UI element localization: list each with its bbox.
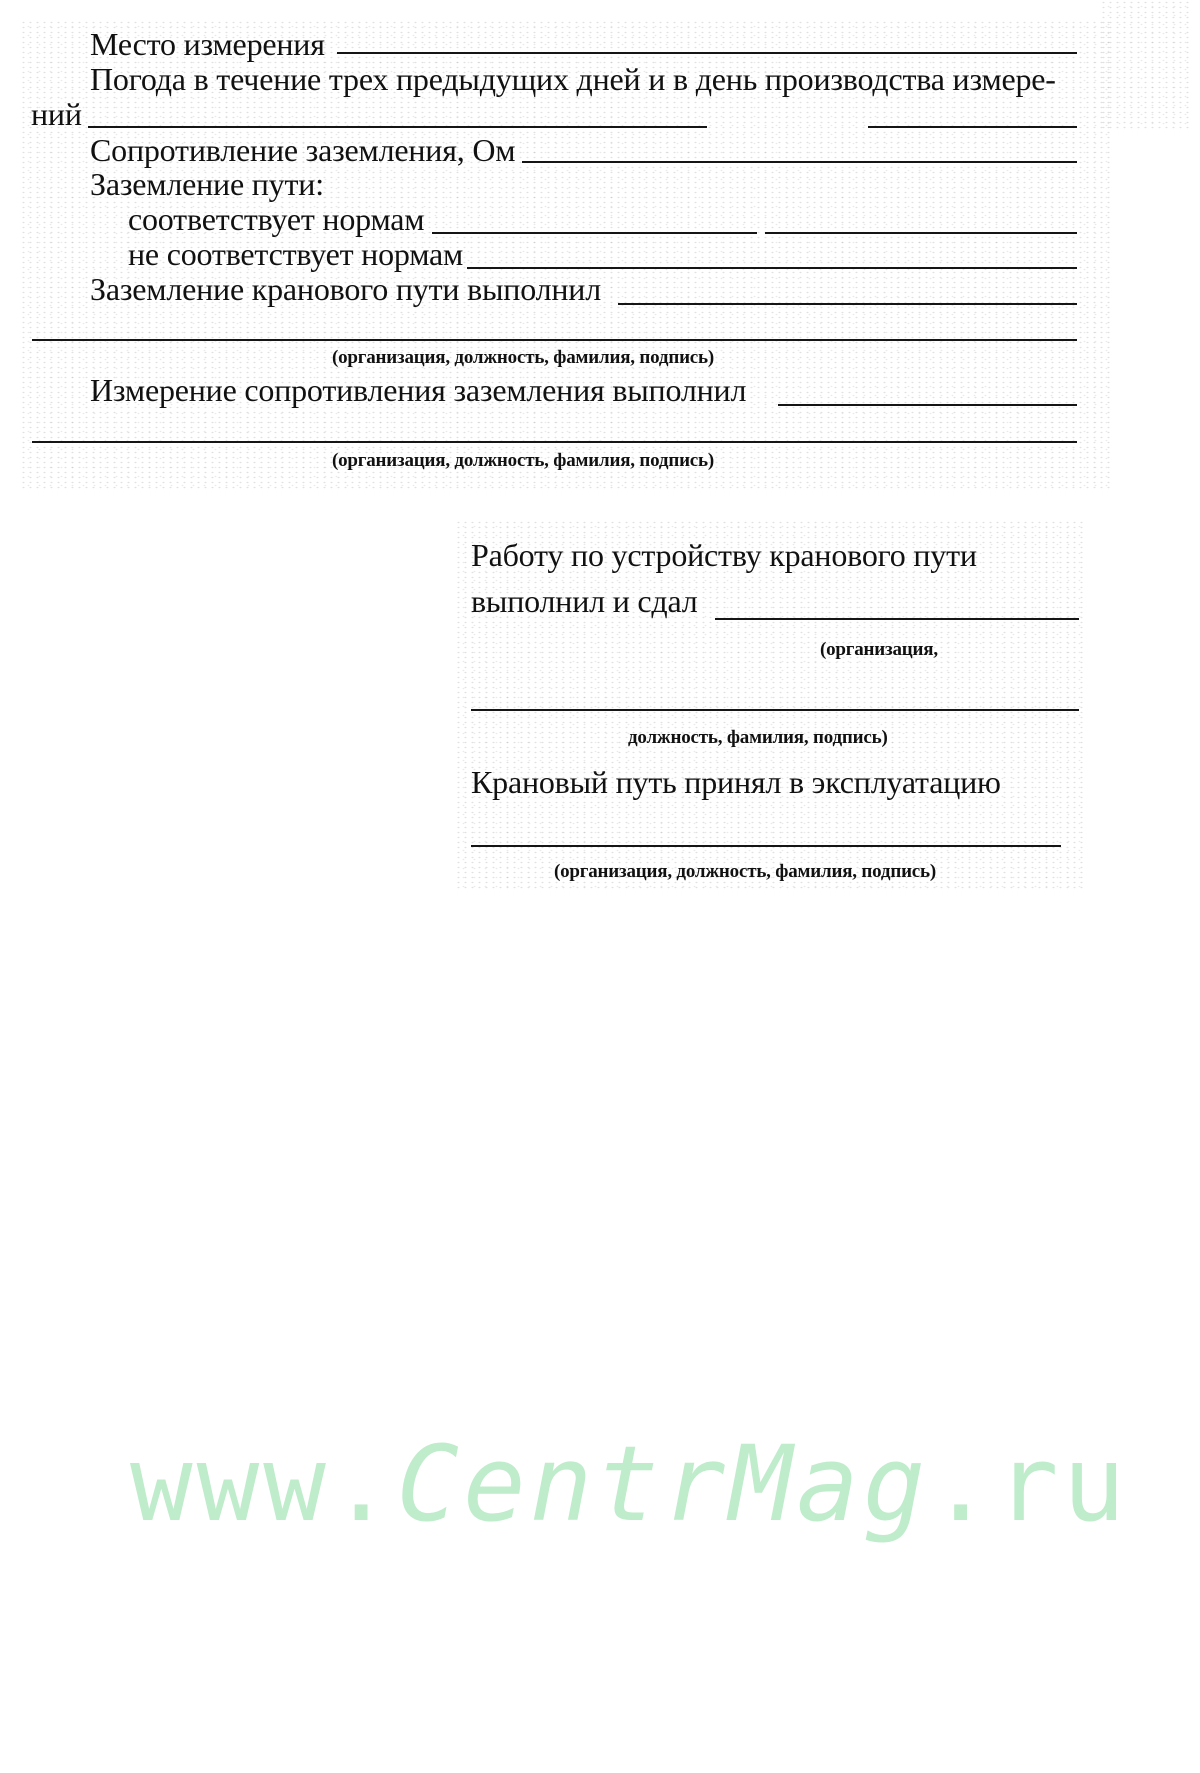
resistance-measured-by-field-full[interactable]: [32, 441, 1077, 443]
not-complies-label: не соответствует нормам: [128, 238, 463, 270]
accepted-caption: (организация, должность, фамилия, подпис…: [554, 862, 936, 881]
work-done-label-line1: Работу по устройству кранового пути: [471, 539, 977, 571]
weather-field-part2[interactable]: [868, 126, 1077, 128]
weather-label-line2: ний: [31, 98, 82, 130]
grounding-done-by-field[interactable]: [618, 303, 1077, 305]
measurement-place-field[interactable]: [337, 52, 1077, 54]
accepted-field[interactable]: [471, 845, 1061, 847]
scan-noise-right-block: [455, 520, 1085, 890]
signature-caption-2: (организация, должность, фамилия, подпис…: [332, 451, 714, 470]
watermark-prefix: www.: [130, 1423, 396, 1545]
measurement-place-label: Место измерения: [90, 28, 325, 60]
ground-resistance-field[interactable]: [522, 161, 1077, 163]
document-page: Место измерения Погода в течение трех пр…: [0, 0, 1200, 1773]
work-done-field[interactable]: [715, 618, 1079, 620]
complies-field-part1[interactable]: [432, 232, 757, 234]
weather-label-line1: Погода в течение трех предыдущих дней и …: [90, 63, 1056, 95]
grounding-done-by-label: Заземление кранового пути выполнил: [90, 273, 601, 305]
not-complies-field[interactable]: [467, 267, 1077, 269]
track-grounding-label: Заземление пути:: [90, 168, 324, 200]
resistance-measured-by-label: Измерение сопротивления заземления выпол…: [90, 374, 746, 406]
complies-label: соответствует нормам: [128, 203, 424, 235]
accepted-label: Крановый путь принял в эксплуатацию: [471, 766, 1001, 798]
watermark-suffix: .ru: [929, 1423, 1129, 1545]
weather-field-part1[interactable]: [88, 126, 707, 128]
grounding-done-by-field-full[interactable]: [32, 339, 1077, 341]
work-done-caption-part2: должность, фамилия, подпись): [628, 728, 888, 747]
watermark: www.CentrMag.ru: [130, 1432, 1070, 1536]
resistance-measured-by-field[interactable]: [778, 404, 1077, 406]
signature-caption-1: (организация, должность, фамилия, подпис…: [332, 348, 714, 367]
work-done-field-full[interactable]: [471, 709, 1079, 711]
watermark-brand: CentrMag: [396, 1423, 929, 1545]
scan-noise-corner: [1100, 0, 1190, 130]
complies-field-part2[interactable]: [765, 232, 1077, 234]
ground-resistance-label: Сопротивление заземления, Ом: [90, 134, 515, 166]
work-done-label-line2: выполнил и сдал: [471, 585, 698, 617]
work-done-caption-part1: (организация,: [820, 640, 938, 659]
